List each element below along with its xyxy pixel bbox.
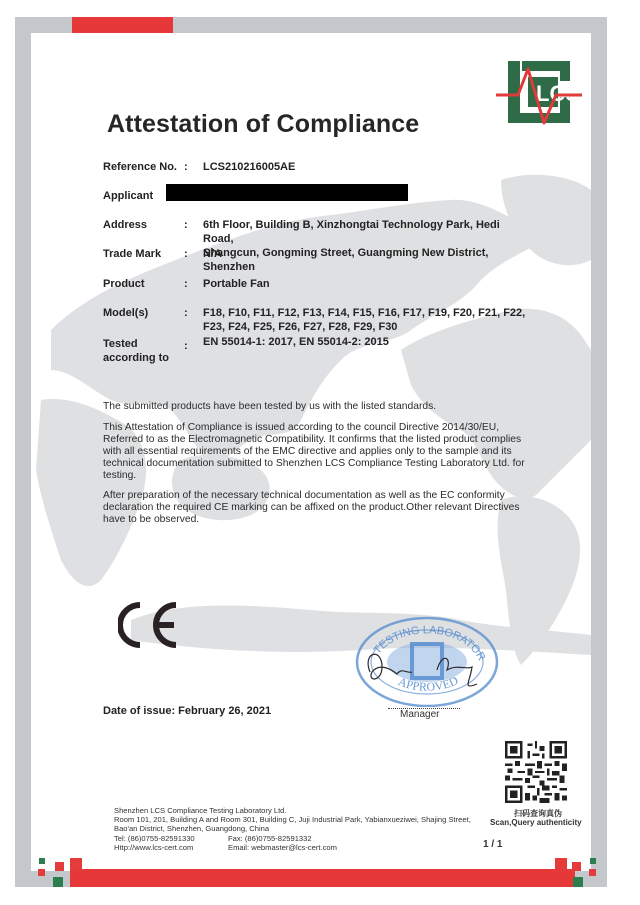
- colon: :: [184, 160, 188, 174]
- label-line-1: Tested: [103, 337, 169, 351]
- footer-website-link[interactable]: Http://www.lcs-cert.com: [114, 843, 193, 852]
- decor-square: [70, 858, 82, 870]
- ce-mark-icon: [118, 602, 182, 648]
- footer-contact: Shenzhen LCS Compliance Testing Laborato…: [114, 806, 471, 852]
- label-applicant: Applicant: [103, 189, 153, 203]
- page-number: 1 / 1: [483, 839, 502, 850]
- footer-company: Shenzhen LCS Compliance Testing Laborato…: [114, 806, 471, 815]
- address-line-1: 6th Floor, Building B, Xinzhongtai Techn…: [203, 218, 533, 246]
- value-reference-no: LCS210216005AE: [203, 160, 523, 174]
- frame-left: [15, 17, 31, 887]
- decor-square: [53, 877, 63, 887]
- date-of-issue: Date of issue: February 26, 2021: [103, 705, 271, 717]
- decor-square: [39, 858, 45, 864]
- approved-stamp-icon: TESTING LABORATORY APPROVED: [352, 612, 502, 707]
- paragraph-tested: The submitted products have been tested …: [103, 401, 528, 413]
- footer-web-row: Http://www.lcs-cert.com Email: webmaster…: [114, 843, 471, 852]
- footer-email-link[interactable]: Email: webmaster@lcs-cert.com: [228, 843, 337, 852]
- colon: :: [184, 247, 188, 261]
- colon: :: [184, 218, 188, 232]
- frame-right: [591, 17, 607, 887]
- paragraph-directive: This Attestation of Compliance is issued…: [103, 422, 528, 482]
- red-accent-bottom: [70, 869, 575, 887]
- colon: :: [184, 277, 188, 291]
- document-title: Attestation of Compliance: [107, 110, 419, 139]
- signatory-title: Manager: [400, 709, 439, 720]
- decor-square: [572, 862, 581, 871]
- value-standards: EN 55014-1: 2017, EN 55014-2: 2015: [203, 335, 523, 349]
- label-reference-no: Reference No.: [103, 160, 177, 174]
- label-address: Address: [103, 218, 147, 232]
- decor-square: [573, 877, 583, 887]
- value-product: Portable Fan: [203, 277, 523, 291]
- label-trade-mark: Trade Mark: [103, 247, 161, 261]
- decor-square: [590, 858, 596, 864]
- label-models: Model(s): [103, 306, 148, 320]
- red-accent-top: [72, 17, 173, 33]
- footer-tel: Tel: (86)0755-82591330: [114, 834, 195, 843]
- decor-square: [589, 869, 596, 876]
- qr-caption-english: Scan,Query authenticity: [490, 818, 582, 827]
- label-product: Product: [103, 277, 145, 291]
- footer-address-2: Bao'an District, Shenzhen, Guangdong, Ch…: [114, 824, 471, 833]
- value-address: 6th Floor, Building B, Xinzhongtai Techn…: [203, 218, 533, 274]
- value-trade-mark: N/A: [203, 247, 523, 261]
- models-line-1: F18, F10, F11, F12, F13, F14, F15, F16, …: [203, 306, 533, 320]
- colon: :: [184, 306, 188, 320]
- paragraph-ce-marking: After preparation of the necessary techn…: [103, 490, 528, 526]
- footer-fax: Fax: (86)0755-82591332: [228, 834, 312, 843]
- label-line-2: according to: [103, 351, 169, 365]
- models-line-2: F23, F24, F25, F26, F27, F28, F29, F30: [203, 320, 533, 334]
- decor-square: [55, 862, 64, 871]
- lcs-logo-icon: LCS: [494, 57, 584, 129]
- applicant-redaction: [166, 184, 408, 201]
- colon: :: [184, 339, 188, 353]
- footer-phone-row: Tel: (86)0755-82591330 Fax: (86)0755-825…: [114, 834, 471, 843]
- label-tested-according-to: Tested according to: [103, 337, 169, 365]
- value-models: F18, F10, F11, F12, F13, F14, F15, F16, …: [203, 306, 533, 334]
- decor-square: [555, 858, 567, 870]
- footer-address-1: Room 101, 201, Building A and Room 301, …: [114, 815, 471, 824]
- certificate-page: LCS Attestation of Compliance Reference …: [0, 0, 640, 905]
- decor-square: [38, 869, 45, 876]
- qr-code-icon[interactable]: [505, 741, 567, 803]
